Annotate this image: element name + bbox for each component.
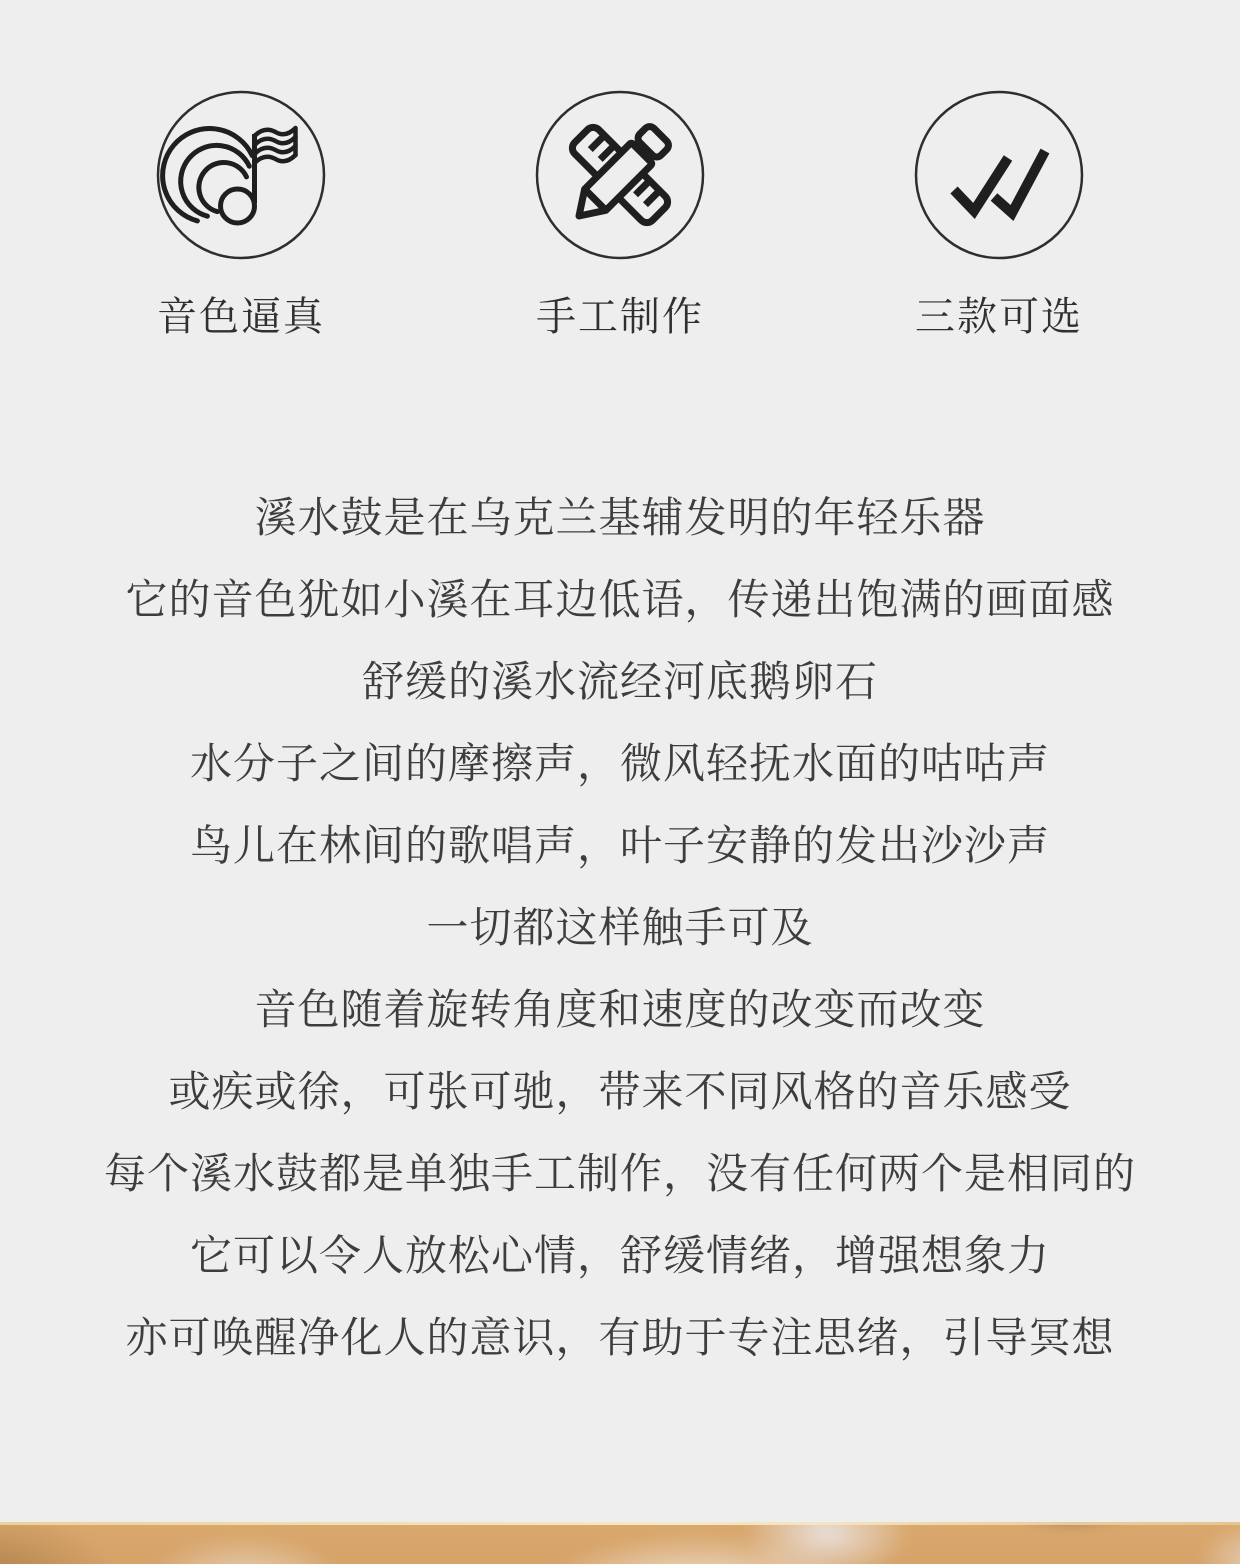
description-line: 它的音色犹如小溪在耳边低语，传递出饱满的画面感: [0, 559, 1240, 641]
product-photo: [0, 1522, 1240, 1564]
description-line: 音色随着旋转角度和速度的改变而改变: [0, 969, 1240, 1051]
description-line: 或疾或徐，可张可驰，带来不同风格的音乐感受: [0, 1051, 1240, 1133]
feature-label: 手工制作: [536, 293, 704, 341]
feature-item-three-options: 三款可选: [913, 90, 1085, 341]
description-line: 亦可唤醒净化人的意识，有助于专注思绪，引导冥想: [0, 1297, 1240, 1379]
music-note-sound-waves-icon: [156, 90, 326, 260]
description-line: 每个溪水鼓都是单独手工制作，没有任何两个是相同的: [0, 1133, 1240, 1215]
product-detail-page: 音色逼真: [0, 0, 1240, 1564]
description-line: 溪水鼓是在乌克兰基辅发明的年轻乐器: [0, 477, 1240, 559]
product-description: 溪水鼓是在乌克兰基辅发明的年轻乐器 它的音色犹如小溪在耳边低语，传递出饱满的画面…: [0, 477, 1240, 1379]
feature-label: 三款可选: [915, 293, 1083, 341]
double-check-icon: [914, 90, 1084, 260]
feature-item-handmade: 手工制作: [534, 90, 706, 341]
pencil-ruler-icon: [535, 90, 705, 260]
feature-label: 音色逼真: [157, 293, 325, 341]
description-line: 舒缓的溪水流经河底鹅卵石: [0, 641, 1240, 723]
description-line: 它可以令人放松心情，舒缓情绪，增强想象力: [0, 1215, 1240, 1297]
description-line: 鸟儿在林间的歌唱声，叶子安静的发出沙沙声: [0, 805, 1240, 887]
feature-item-realistic-sound: 音色逼真: [155, 90, 327, 341]
feature-row: 音色逼真: [0, 0, 1240, 341]
description-line: 水分子之间的摩擦声，微风轻抚水面的咕咕声: [0, 723, 1240, 805]
description-line: 一切都这样触手可及: [0, 887, 1240, 969]
